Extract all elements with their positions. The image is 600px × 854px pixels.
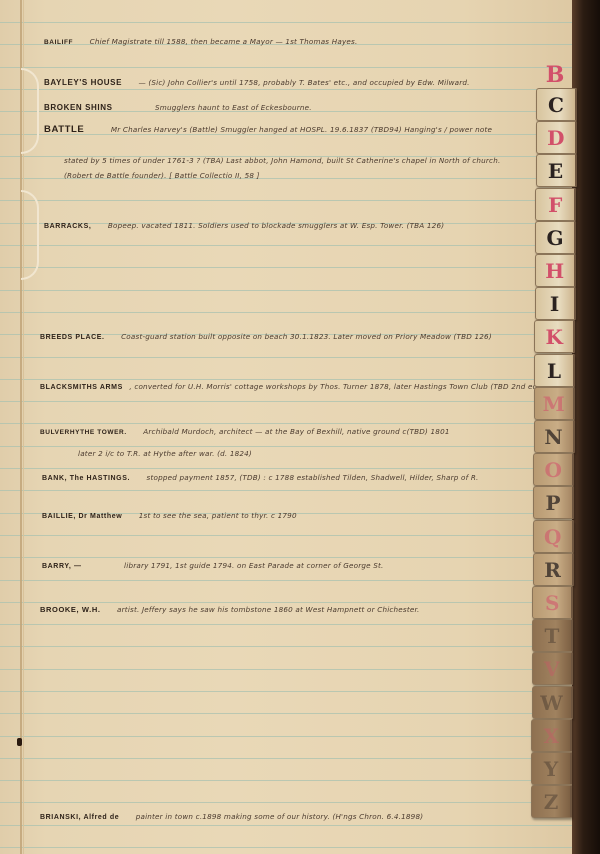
- rule-line: [0, 379, 575, 380]
- tab-n[interactable]: N: [534, 420, 575, 453]
- entry-text: later 2 i/c to T.R. at Hythe after war. …: [78, 449, 252, 458]
- entry-text: artist. Jeffery says he saw his tombston…: [117, 605, 419, 614]
- entry-text: — (Sic) John Collier's until 1758, proba…: [139, 78, 470, 87]
- tab-m[interactable]: M: [534, 387, 575, 420]
- tab-letter: Q: [544, 525, 561, 549]
- tab-v[interactable]: V: [532, 652, 573, 685]
- entry-text: 1st to see the sea, patient to thyr. c 1…: [139, 511, 297, 520]
- rule-line: [0, 624, 575, 625]
- tab-w[interactable]: W: [532, 686, 573, 719]
- tab-letter: G: [546, 226, 563, 250]
- tab-letter: N: [544, 425, 562, 449]
- tab-f[interactable]: F: [535, 188, 576, 221]
- tab-c[interactable]: C: [536, 88, 577, 121]
- tab-letter: W: [540, 691, 562, 715]
- rule-line: [0, 580, 575, 581]
- entry-text: painter in town c.1898 making some of ou…: [136, 812, 424, 821]
- index-card-page: BAILIFF Chief Magistrate till 1588, then…: [0, 0, 578, 854]
- ink-stain: [17, 738, 22, 746]
- rule-line: [0, 691, 575, 692]
- entry-heading: BLACKSMITHS ARMS: [40, 384, 123, 391]
- tab-t[interactable]: T: [532, 619, 573, 652]
- tab-h[interactable]: H: [535, 254, 576, 287]
- entry-heading: BREEDS PLACE.: [40, 334, 105, 341]
- entry-text: Smugglers haunt to East of Eckesbourne.: [155, 103, 312, 112]
- rule-line: [0, 602, 575, 603]
- entry-heading: BAILIFF: [44, 39, 73, 46]
- tab-letter: R: [544, 558, 561, 582]
- entry-text: (Robert de Battle founder). [ Battle Col…: [64, 171, 260, 180]
- entry-text: stated by 5 times of under 1761-3 ? (TBA…: [64, 156, 500, 165]
- tab-x[interactable]: X: [531, 719, 572, 752]
- tab-letter: I: [550, 292, 559, 316]
- rule-line: [0, 669, 575, 670]
- tab-letter: T: [545, 624, 560, 648]
- tab-letter: Z: [544, 790, 559, 814]
- binding-string-upper: [21, 68, 39, 154]
- entry-text: Coast-guard station built opposite on be…: [121, 332, 492, 341]
- rule-line: [0, 89, 575, 90]
- tab-letter: O: [545, 458, 562, 482]
- rule-line: [0, 67, 575, 68]
- rule-line: [0, 357, 575, 358]
- rule-line: [0, 312, 575, 313]
- tab-r[interactable]: R: [533, 553, 574, 586]
- entry-heading: BAILLIE, Dr Matthew: [42, 513, 122, 520]
- rule-line: [0, 825, 575, 826]
- entry-heading: BARRY, —: [42, 563, 82, 570]
- entry-heading: BANK, The HASTINGS.: [42, 475, 130, 482]
- tab-s[interactable]: S: [532, 586, 573, 619]
- entry-text: stopped payment 1857, (TDB) : c 1788 est…: [147, 473, 479, 482]
- tab-q[interactable]: Q: [533, 520, 574, 553]
- tab-letter: V: [544, 657, 560, 681]
- tab-d[interactable]: D: [536, 121, 577, 154]
- tab-z[interactable]: Z: [531, 785, 572, 818]
- rule-line: [0, 423, 575, 424]
- tab-letter: E: [548, 159, 563, 183]
- tab-b-current[interactable]: B: [540, 62, 570, 88]
- tab-letter: M: [543, 392, 565, 416]
- rule-line: [0, 401, 575, 402]
- rule-line: [0, 535, 575, 536]
- rule-line: [0, 200, 575, 201]
- tab-letter: H: [545, 259, 564, 283]
- rule-line: [0, 847, 575, 848]
- rule-line: [0, 245, 575, 246]
- tab-letter: S: [545, 591, 559, 615]
- entry-heading: BROKEN SHINS: [44, 103, 113, 112]
- tab-letter: X: [543, 724, 559, 748]
- tab-letter: P: [545, 491, 560, 515]
- tab-letter: B: [546, 62, 565, 88]
- tab-p[interactable]: P: [533, 486, 574, 519]
- rule-line: [0, 290, 575, 291]
- tab-g[interactable]: G: [535, 221, 576, 254]
- tab-i[interactable]: I: [535, 287, 576, 320]
- tab-letter: D: [547, 126, 564, 150]
- rule-line: [0, 802, 575, 803]
- tab-letter: L: [547, 359, 561, 383]
- entry-heading: BAYLEY'S HOUSE: [44, 78, 122, 87]
- entry-heading: BRIANSKI, Alfred de: [40, 814, 119, 821]
- rule-line: [0, 446, 575, 447]
- entry-text: Mr Charles Harvey's (Battle) Smuggler ha…: [111, 125, 492, 134]
- rule-line: [0, 736, 575, 737]
- tab-letter: C: [548, 93, 564, 117]
- entry-text: Archibald Murdoch, architect — at the Ba…: [143, 427, 449, 436]
- tab-o[interactable]: O: [533, 453, 574, 486]
- entry-heading: BROOKE, W.H.: [40, 605, 101, 614]
- rule-line: [0, 557, 575, 558]
- tab-letter: K: [546, 325, 563, 349]
- rule-line: [0, 780, 575, 781]
- entry-text: , converted for U.H. Morris' cottage wor…: [129, 382, 543, 391]
- tab-e[interactable]: E: [536, 154, 577, 187]
- entry-text: Bopeep. vacated 1811. Soldiers used to b…: [108, 221, 444, 230]
- entry-heading: BARRACKS,: [44, 223, 91, 230]
- tab-letter: F: [548, 193, 562, 217]
- entry-text: library 1791, 1st guide 1794. on East Pa…: [124, 561, 383, 570]
- tab-k[interactable]: K: [534, 320, 575, 353]
- rule-line: [0, 646, 575, 647]
- entry-text: Chief Magistrate till 1588, then became …: [90, 37, 358, 46]
- rule-line: [0, 267, 575, 268]
- tab-letter: Y: [544, 757, 558, 781]
- rule-line: [0, 490, 575, 491]
- rule-line: [0, 468, 575, 469]
- rule-line: [0, 713, 575, 714]
- tab-l[interactable]: L: [534, 354, 575, 387]
- rule-line: [0, 22, 575, 23]
- binding-string-lower: [21, 190, 39, 280]
- entry-heading: BATTLE: [44, 124, 84, 135]
- tab-y[interactable]: Y: [531, 752, 572, 785]
- rule-line: [0, 758, 575, 759]
- entry-heading: BULVERHYTHE TOWER.: [40, 429, 127, 436]
